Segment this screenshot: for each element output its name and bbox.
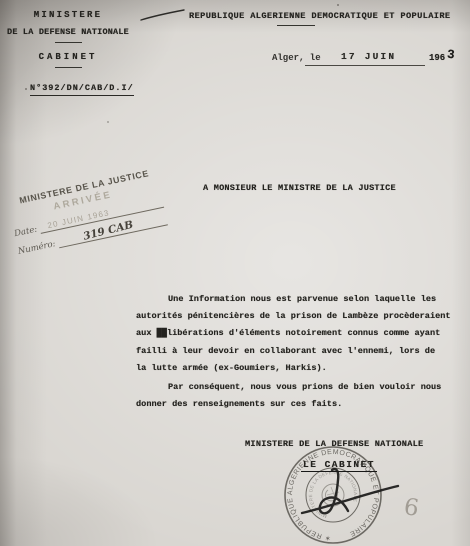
ministry-title: MINISTERE bbox=[2, 10, 134, 20]
paper-speck bbox=[107, 121, 109, 123]
body-line: failli à leur devoir en collaborant avec… bbox=[136, 343, 470, 360]
paper-speck bbox=[337, 4, 339, 6]
arrival-number-label: Numéro: bbox=[17, 239, 56, 257]
year-printed: 196 bbox=[429, 53, 445, 63]
svg-text:✶: ✶ bbox=[323, 533, 331, 543]
rule-under-republic bbox=[277, 25, 315, 26]
cabinet-label: CABINET bbox=[2, 52, 134, 62]
republic-line: REPUBLIQUE ALGERIENNE DEMOCRATIQUE ET PO… bbox=[189, 11, 450, 21]
body-line: la lutte armée (ex-Goumiers, Harkis). bbox=[136, 360, 470, 377]
letterhead-ministry-block: MINISTERE DE LA DEFENSE NATIONALE CABINE… bbox=[2, 10, 134, 68]
reference-number: N°392/DN/CAB/D.I/ bbox=[30, 83, 134, 96]
body-line: donner des renseignements sur ces faits. bbox=[136, 396, 470, 413]
rule-under-ministry bbox=[55, 42, 82, 43]
pencil-page-mark: 6 bbox=[402, 494, 421, 522]
seal-inner-text: MINISTERE DE LA DEFENSE NATIONALE bbox=[308, 470, 358, 519]
body-line: aux ██libérations d'éléments notoirement… bbox=[136, 325, 470, 342]
seal-emblem-crescent bbox=[325, 490, 337, 501]
signature-ministry-line: MINISTERE DE LA DEFENSE NATIONALE bbox=[245, 439, 423, 449]
dateline-place: Alger, le bbox=[272, 53, 321, 63]
recipient-line: A MONSIEUR LE MINISTRE DE LA JUSTICE bbox=[203, 183, 396, 193]
body-line: Par conséquent, nous vous prions de bien… bbox=[136, 379, 470, 396]
official-seal-stamp: ✶ REPUBLIQUE ALGERIENNE DEMOCRATIQUE ET … bbox=[278, 440, 388, 546]
body-line: autorités pénitencières de la prison de … bbox=[136, 308, 470, 325]
paper-speck bbox=[25, 88, 27, 90]
dateline-rule bbox=[305, 65, 425, 66]
arrival-date-label: Date: bbox=[13, 225, 38, 240]
body-line: Une Information nous est parvenue selon … bbox=[136, 291, 470, 308]
arrival-stamp: MINISTERE DE LA JUSTICE ARRIVÉE Date: 20… bbox=[7, 167, 168, 257]
letter-body: Une Information nous est parvenue selon … bbox=[136, 291, 470, 413]
pen-dash-mark bbox=[141, 10, 184, 20]
svg-text:MINISTERE DE LA DEFENSE NATION: MINISTERE DE LA DEFENSE NATIONALE bbox=[308, 470, 358, 519]
ink-marks-overlay bbox=[0, 0, 470, 546]
signature-cabinet-label: LE CABINET bbox=[301, 459, 377, 472]
seal-star: ✶ bbox=[323, 533, 331, 543]
scanned-letter-page: MINISTERE DE LA DEFENSE NATIONALE CABINE… bbox=[0, 0, 470, 546]
year-handwritten-digit: 3 bbox=[446, 48, 455, 63]
rule-under-cabinet bbox=[55, 67, 82, 68]
ministry-subtitle: DE LA DEFENSE NATIONALE bbox=[2, 27, 134, 37]
date-stamp: 17 JUIN bbox=[341, 51, 396, 62]
